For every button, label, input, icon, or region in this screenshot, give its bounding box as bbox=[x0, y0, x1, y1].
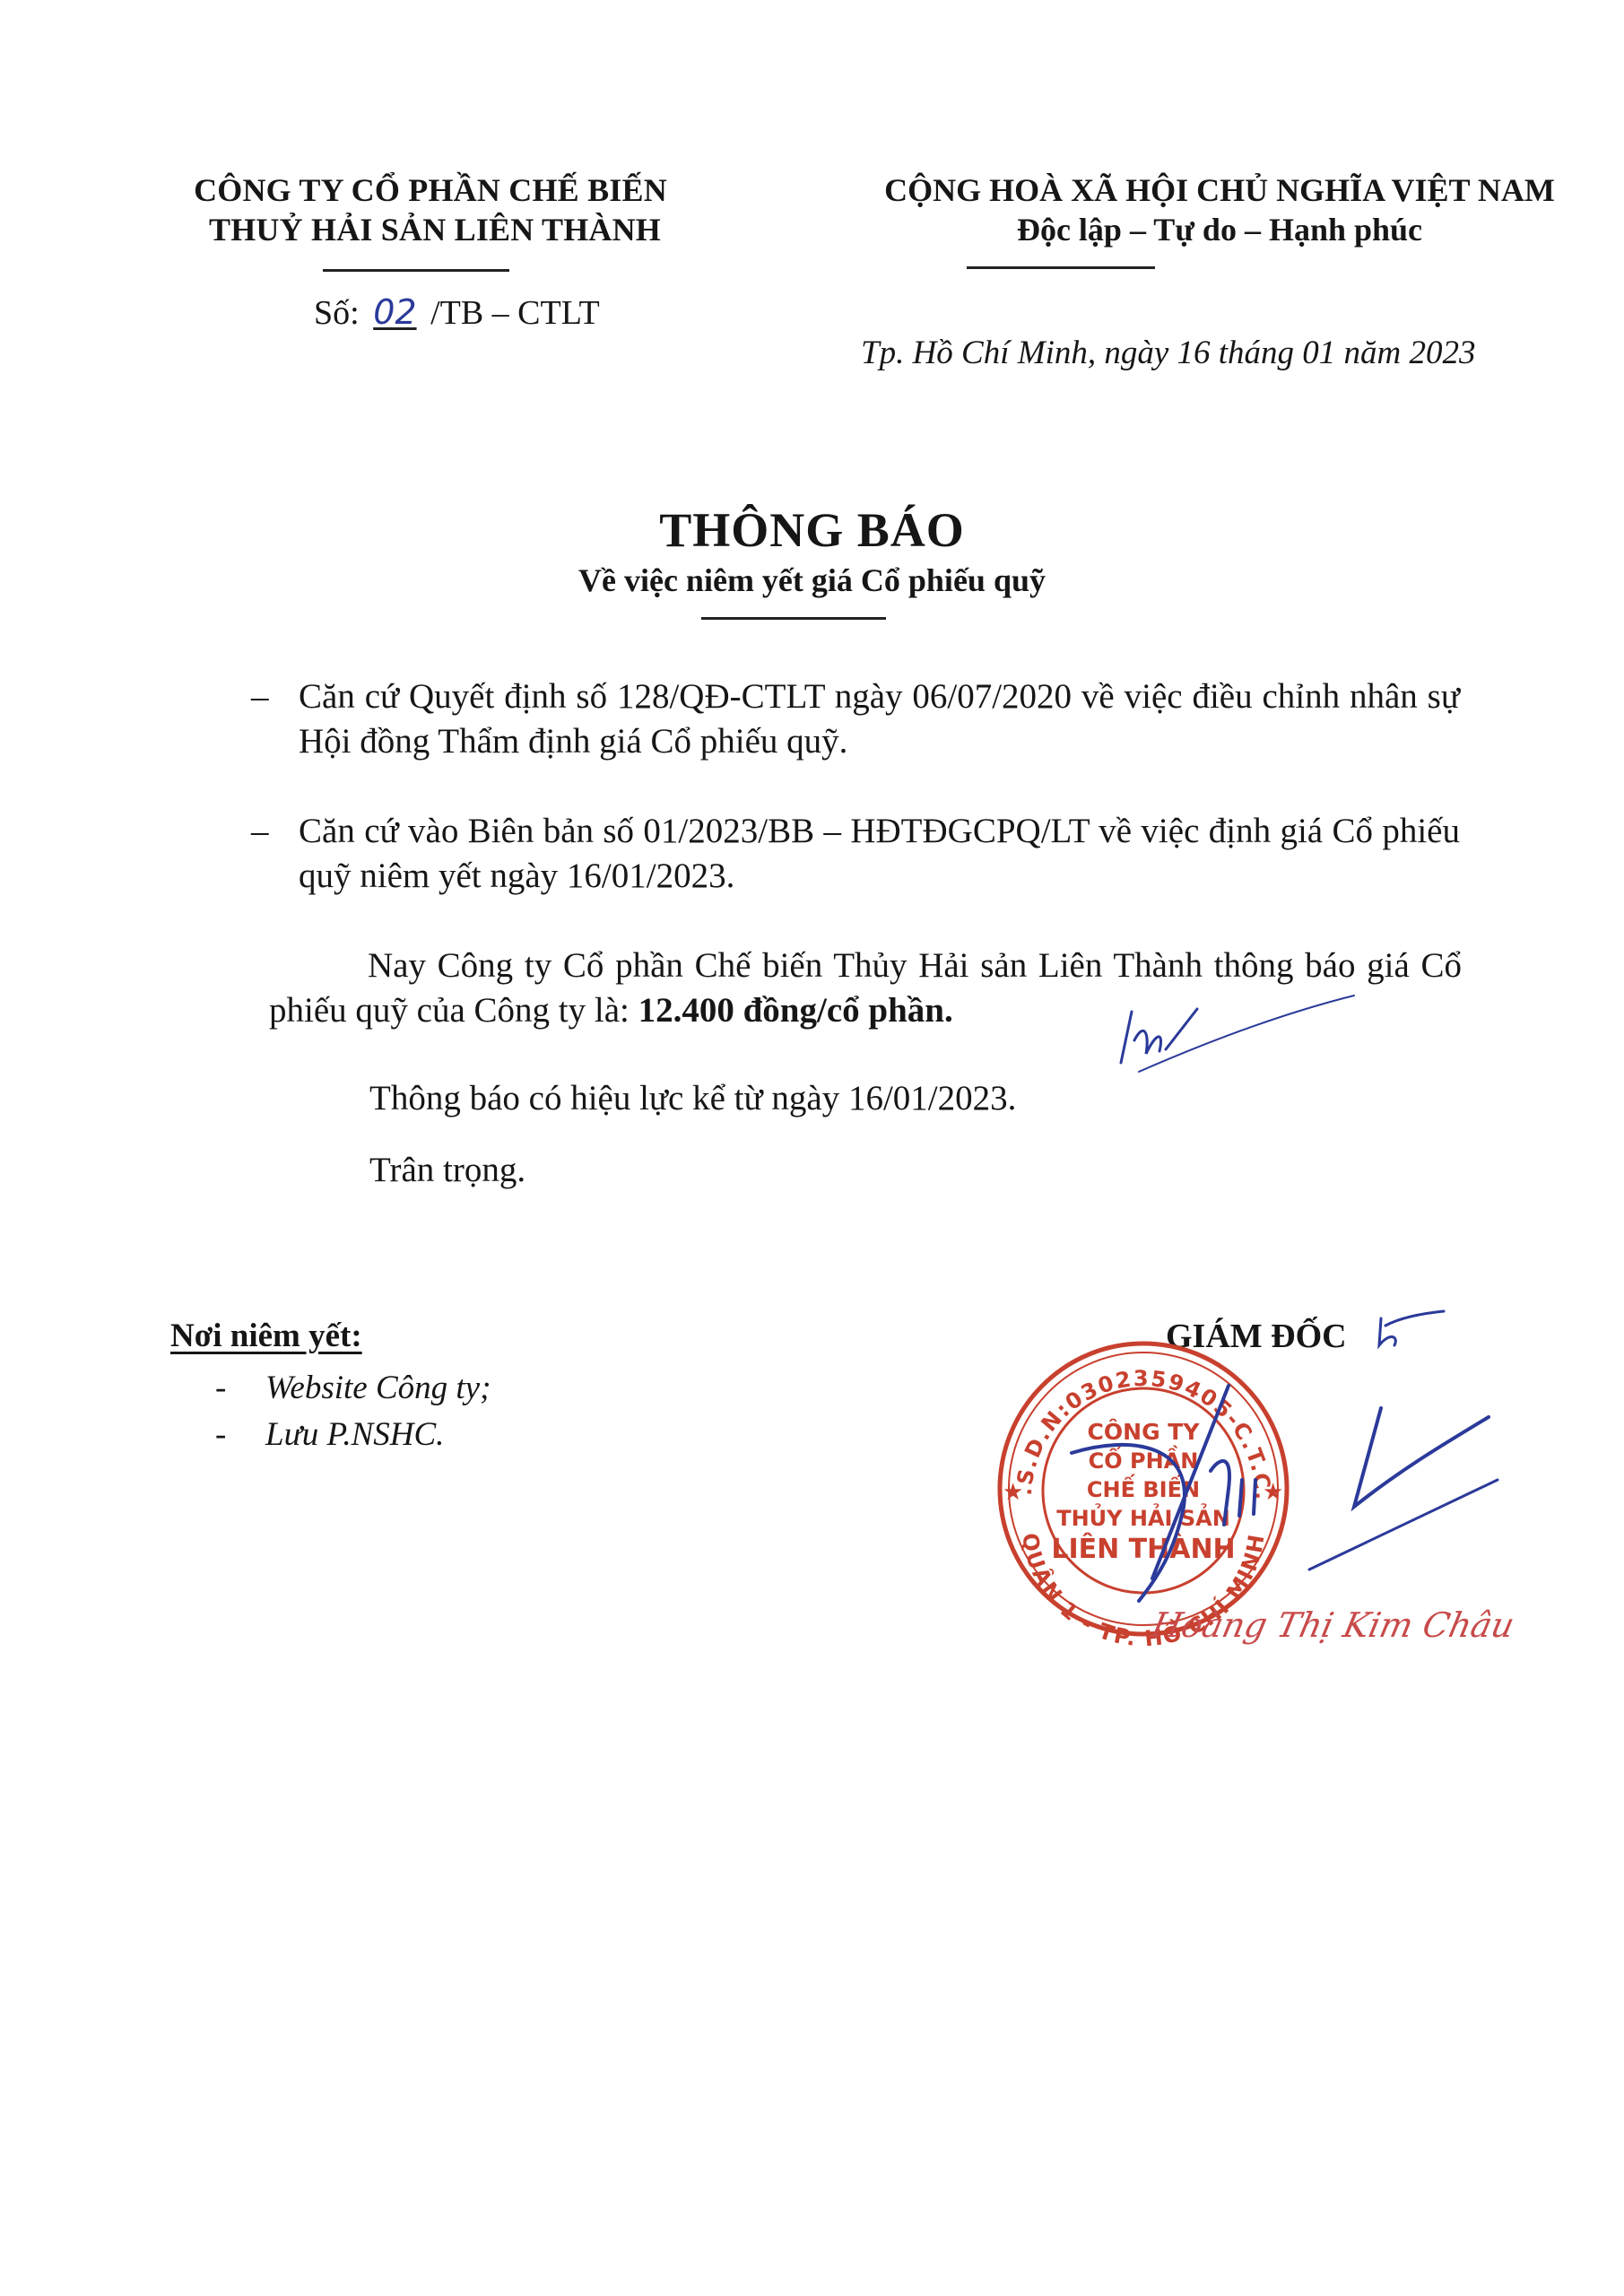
document-subtitle: Về việc niêm yết giá Cổ phiếu quỹ bbox=[0, 561, 1624, 599]
svg-text:★: ★ bbox=[1263, 1479, 1283, 1506]
svg-text:LIÊN THÀNH: LIÊN THÀNH bbox=[1051, 1533, 1235, 1565]
recipient-item: -Website Công ty; bbox=[215, 1365, 491, 1412]
recipients-title: Nơi niêm yết: bbox=[170, 1317, 362, 1355]
company-stamp-icon bbox=[1000, 1344, 1287, 1634]
svg-text:THỦY HẢI SẢN: THỦY HẢI SẢN bbox=[1056, 1501, 1230, 1531]
bullet-dash: - bbox=[215, 1365, 265, 1412]
svg-text:★: ★ bbox=[1003, 1479, 1023, 1506]
svg-text:CHẾ BIẾN: CHẾ BIẾN bbox=[1087, 1473, 1200, 1502]
national-motto: Độc lập – Tự do – Hạnh phúc bbox=[825, 210, 1614, 249]
document-number-prefix: Số: bbox=[314, 294, 360, 332]
svg-text:CÔNG TY: CÔNG TY bbox=[1088, 1418, 1201, 1445]
document-number-handwritten: 02 bbox=[368, 292, 421, 332]
legal-basis-item: – Căn cứ vào Biên bản số 01/2023/BB – HĐ… bbox=[204, 809, 1460, 899]
price-value: 12.400 đồng/cổ phần. bbox=[638, 991, 953, 1030]
title-divider bbox=[701, 617, 886, 620]
legal-basis-text: Căn cứ vào Biên bản số 01/2023/BB – HĐTĐ… bbox=[299, 809, 1460, 899]
legal-basis-item: – Căn cứ Quyết định số 128/QĐ-CTLT ngày … bbox=[204, 674, 1460, 764]
document-number-suffix: /TB – CTLT bbox=[430, 294, 600, 332]
bullet-dash: – bbox=[204, 809, 299, 899]
recipient-item: -Lưu P.NSHC. bbox=[215, 1412, 491, 1458]
legal-basis-text: Căn cứ Quyết định số 128/QĐ-CTLT ngày 06… bbox=[299, 674, 1460, 764]
svg-text:CỔ PHẦN: CỔ PHẦN bbox=[1089, 1442, 1199, 1474]
announcement-paragraph: Nay Công ty Cổ phần Chế biến Thủy Hải sả… bbox=[269, 944, 1462, 1033]
company-header: CÔNG TY CỔ PHẦN CHẾ BIẾN THUỶ HẢI SẢN LI… bbox=[143, 170, 717, 249]
national-header: CỘNG HOÀ XÃ HỘI CHỦ NGHĨA VIỆT NAM Độc l… bbox=[825, 170, 1614, 249]
signature-title: GIÁM ĐỐC bbox=[1166, 1317, 1347, 1356]
place-date: Tp. Hồ Chí Minh, ngày 16 tháng 01 năm 20… bbox=[861, 334, 1476, 372]
recipient-text: Website Công ty; bbox=[265, 1370, 491, 1406]
signer-name: Hoàng Thị Kim Châu bbox=[1148, 1605, 1517, 1645]
company-name-line1: CÔNG TY CỔ PHẦN CHẾ BIẾN bbox=[143, 170, 717, 210]
recipient-text: Lưu P.NSHC. bbox=[265, 1416, 444, 1453]
bullet-dash: – bbox=[204, 674, 299, 764]
document-number: Số: 02 /TB – CTLT bbox=[314, 292, 600, 333]
company-name-line2: THUỶ HẢI SẢN LIÊN THÀNH bbox=[143, 210, 717, 249]
header-left-divider bbox=[323, 269, 509, 272]
effective-date-text: Thông báo có hiệu lực kể từ ngày 16/01/2… bbox=[369, 1078, 1016, 1118]
closing-text: Trân trọng. bbox=[369, 1150, 525, 1190]
bullet-dash: - bbox=[215, 1412, 265, 1458]
header-right-divider bbox=[967, 266, 1155, 269]
national-title: CỘNG HOÀ XÃ HỘI CHỦ NGHĨA VIỆT NAM bbox=[825, 170, 1614, 210]
recipients-list: -Website Công ty; -Lưu P.NSHC. bbox=[215, 1365, 491, 1458]
document-title: THÔNG BÁO bbox=[0, 502, 1624, 558]
